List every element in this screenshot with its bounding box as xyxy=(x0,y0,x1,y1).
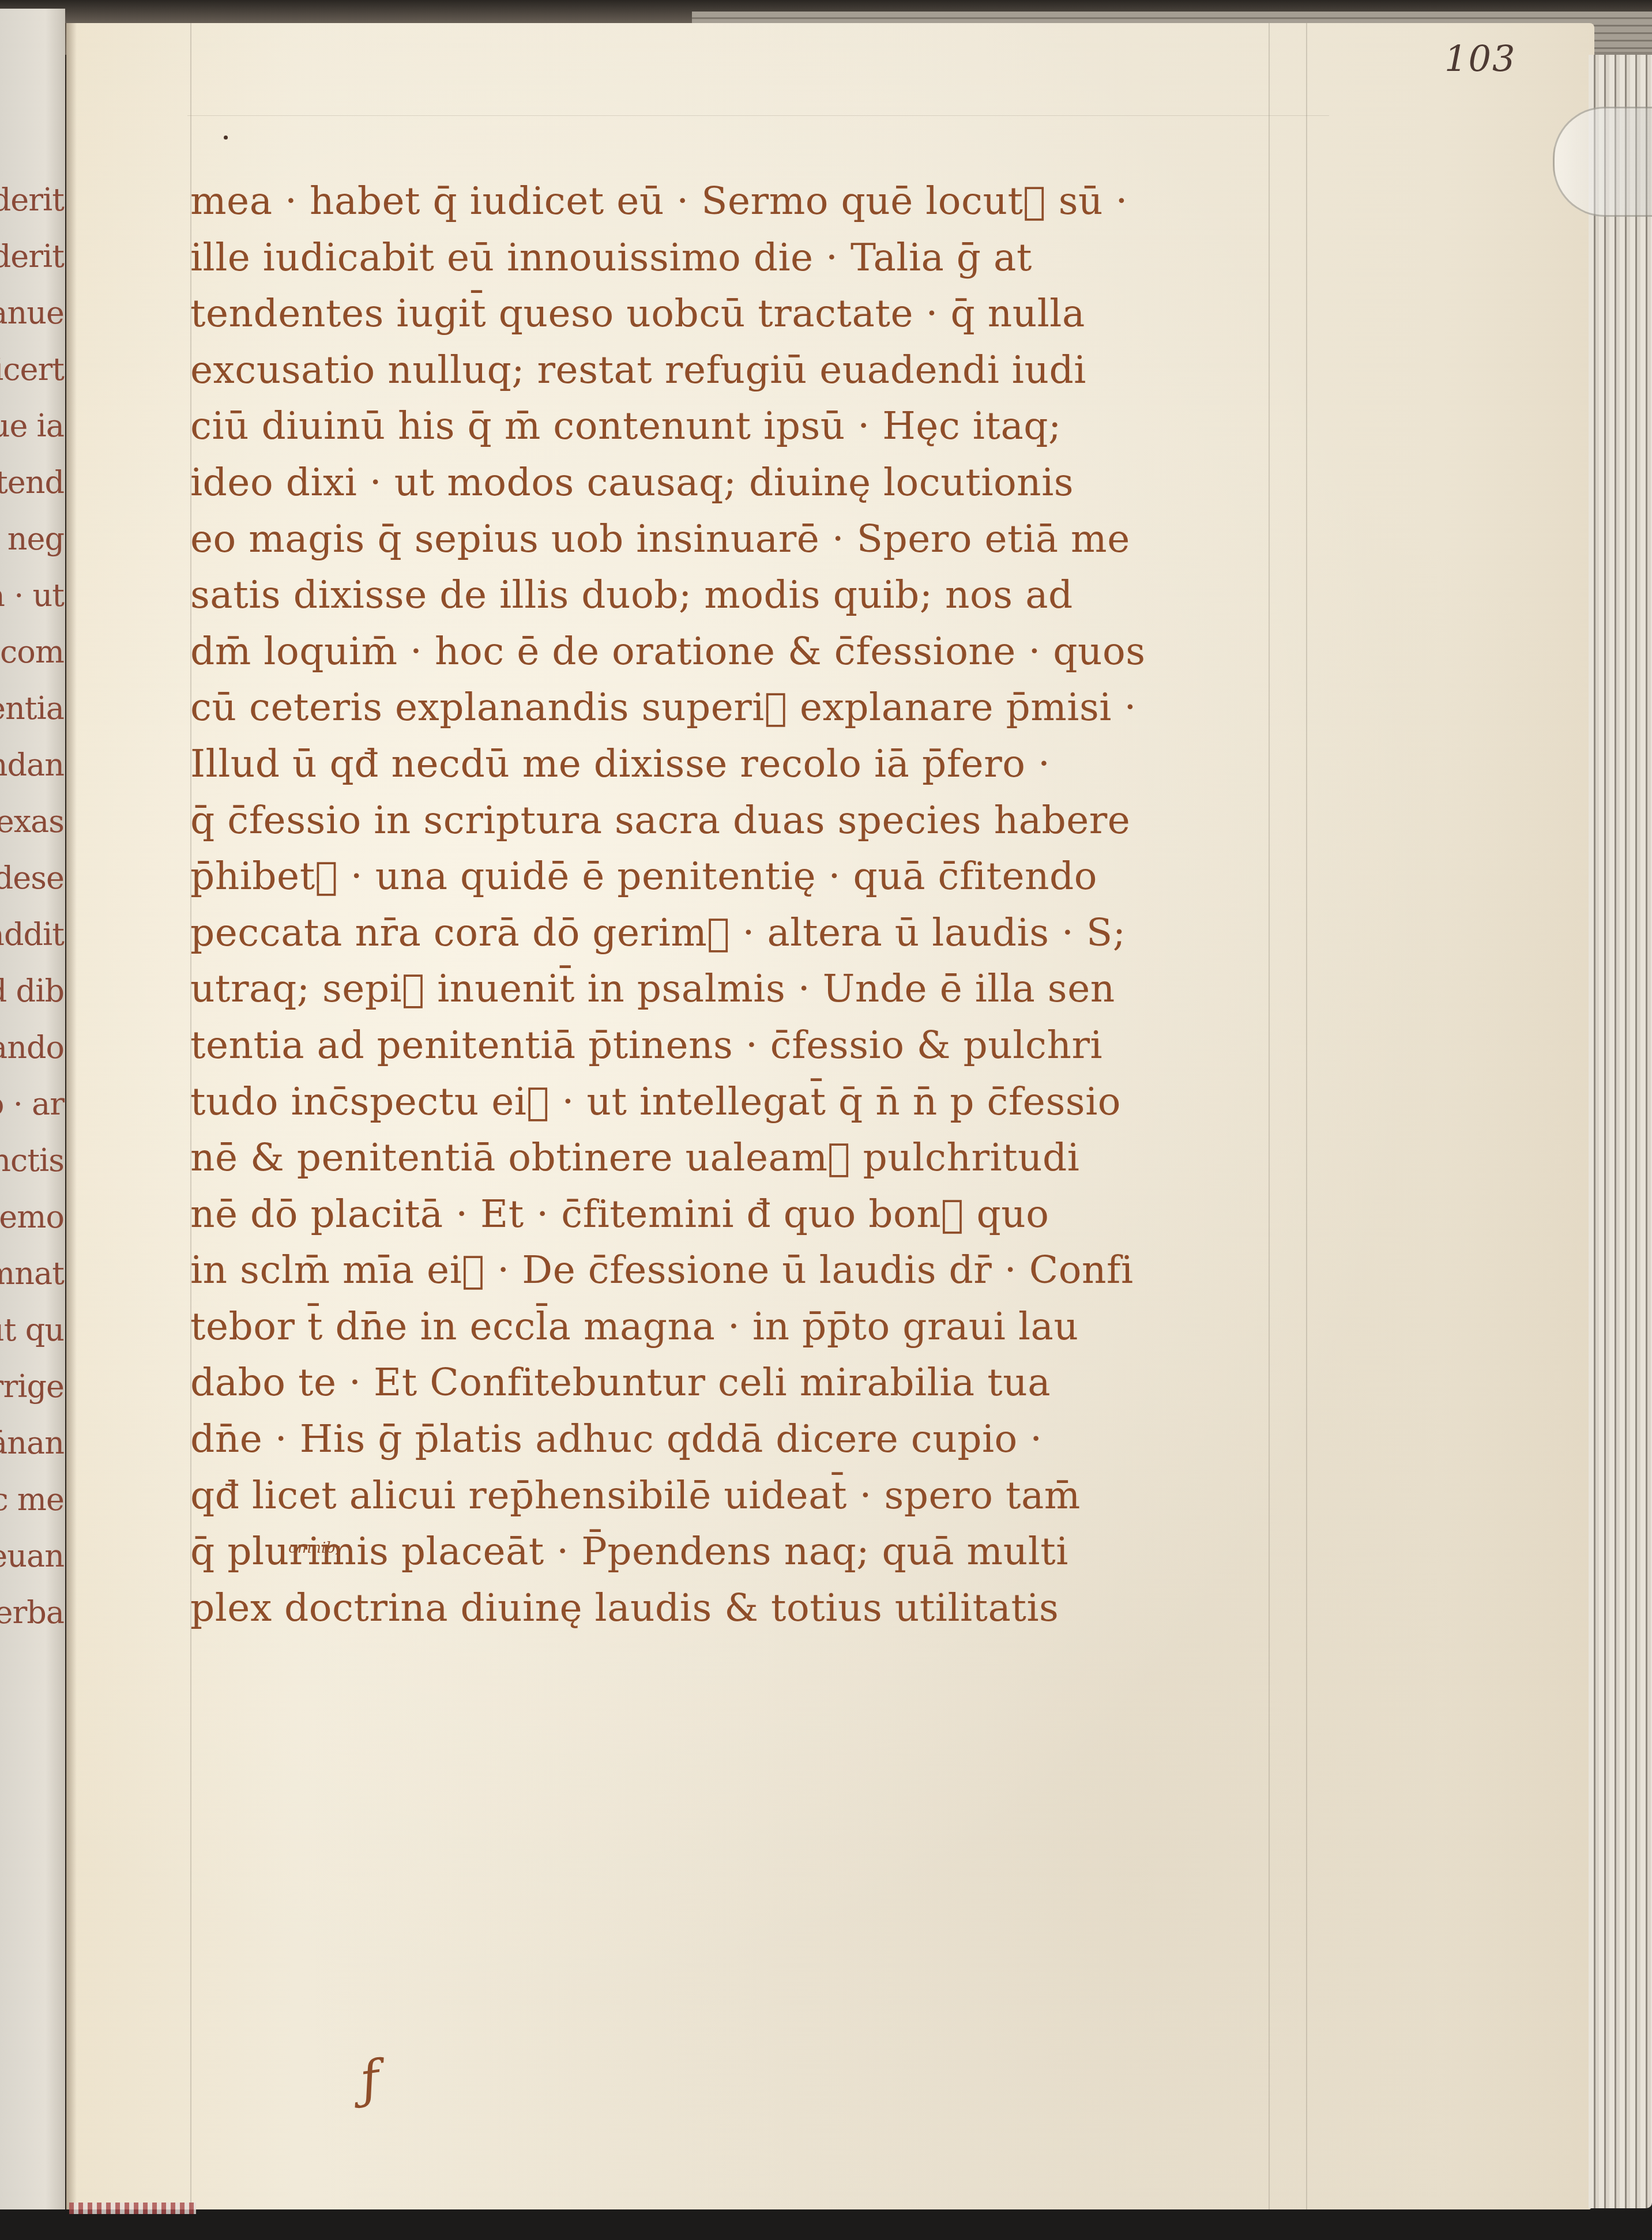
text-line: eo magis q̄ sepius uob insinuarē · Spero… xyxy=(190,511,1286,567)
text-line: ille iudicabit eū innouissimo die · Tali… xyxy=(190,229,1286,286)
text-line: nē & penitentiā obtinere ualeam᷒ pulchri… xyxy=(190,1130,1286,1186)
text-line: Illud ū qđ necdū me dixisse recolo iā p̄… xyxy=(190,736,1286,792)
left-fragment-line: dicert xyxy=(0,351,64,387)
text-line: utraq; sepi᷒ inuenit̄ in psalmis · Unde … xyxy=(190,961,1286,1017)
left-fragment-line: s amo · ar xyxy=(0,1086,64,1122)
text-line: dn̄e · His ḡ p̄latis adhuc qddā dicere c… xyxy=(190,1411,1286,1467)
headband xyxy=(69,2203,196,2214)
left-fragment-line: ut uerba xyxy=(0,1594,64,1631)
left-fragment-line: se exas xyxy=(0,803,64,839)
left-fragment-line: lens neg xyxy=(0,521,64,557)
left-fragment-line: e dānan xyxy=(0,1425,64,1461)
facing-page-left-fragment: diderit rediderit oranue dicert que ia o… xyxy=(0,9,65,2217)
text-line: tudo inc̄spectu ei᷒ · ut intellegat̄ q̄ … xyxy=(190,1074,1286,1130)
text-line: mea · habet q̄ iudicet eū · Sermo quē lo… xyxy=(190,173,1286,229)
ruling-line-vertical xyxy=(1306,23,1307,2211)
left-fragment-line: demnat xyxy=(0,1255,64,1292)
page-edges-stack xyxy=(1589,55,1652,2208)
left-fragment-line: liquando xyxy=(0,1029,64,1066)
left-fragment-line: ut nemo xyxy=(0,1199,64,1235)
left-fragment-line: uis com xyxy=(0,634,64,670)
left-fragment-line: ea · ut xyxy=(0,577,64,613)
left-fragment-line: it qd dib xyxy=(0,973,64,1009)
manuscript-text-block: mea · habet q̄ iudicet eū · Sermo quē lo… xyxy=(190,173,1286,1636)
text-line: qđ licet alicui rep̄hensibilē uideat̄ · … xyxy=(190,1467,1286,1524)
left-fragment-line: diderit xyxy=(0,182,64,218)
text-line: cū ceteris explanandis superi᷒ explanare… xyxy=(190,679,1286,736)
text-line: tebor t̄ dn̄e in eccl̄a magna · in p̄p̄t… xyxy=(190,1298,1286,1355)
pricking-mark xyxy=(224,135,228,140)
left-fragment-line: corrige xyxy=(0,1368,64,1405)
left-fragment-line: nos dese xyxy=(0,860,64,896)
left-fragment-line: pec me xyxy=(0,1481,64,1518)
text-line: plex doctrina diuinę laudis & totius uti… xyxy=(190,1580,1286,1636)
text-line: dm̄ loquim̄ · hoc ē de oratione & c̄fess… xyxy=(190,623,1286,680)
background-bottom xyxy=(0,2209,1652,2240)
text-line: excusatio nulluq; restat refugiū euadend… xyxy=(190,342,1286,398)
page-clip xyxy=(1553,107,1652,217)
text-line: q̄ c̄fessio in scriptura sacra duas spec… xyxy=(190,792,1286,849)
text-line: tendentes iugit̄ queso uobcū tractate · … xyxy=(190,285,1286,342)
left-fragment-line: cunctis xyxy=(0,1142,64,1179)
ruling-line-horizontal xyxy=(187,115,1329,116)
text-line: satis dixisse de illis duob; modis quib;… xyxy=(190,567,1286,623)
text-line: p̄hibet᷒ · una quidē ē penitentię · quā … xyxy=(190,848,1286,905)
left-fragment-line: ostend xyxy=(0,464,64,500)
interlinear-gloss: omnib; xyxy=(288,1539,341,1557)
text-line: ideo dixi · ut modos causaq; diuinę locu… xyxy=(190,454,1286,511)
left-fragment-line: ttendan xyxy=(0,747,64,783)
left-fragment-line: oranue xyxy=(0,295,64,331)
left-fragment-line: que ia xyxy=(0,408,64,444)
text-line: ciū diuinū his q̄ m̄ contenunt ipsū · Hę… xyxy=(190,398,1286,454)
left-fragment-line: neuan xyxy=(0,1538,64,1574)
text-line: q̄ plurimis placeāt · P̄pendens naq; quā… xyxy=(190,1523,1286,1580)
text-line: dabo te · Et Confitebuntur celi mirabili… xyxy=(190,1354,1286,1411)
folio-number: 103 xyxy=(1444,37,1516,80)
left-fragment-line: us addit xyxy=(0,916,64,953)
left-fragment-line: rediderit xyxy=(0,238,64,274)
text-line: peccata nr̄a corā dō gerim᷒ · altera ū l… xyxy=(190,905,1286,961)
text-line: tentia ad penitentiā p̄tinens · c̄fessio… xyxy=(190,1017,1286,1074)
gutter-shadow xyxy=(65,23,77,2214)
text-line: in sclm̄ mīa ei᷒ · De c̄fessione ū laudi… xyxy=(190,1242,1286,1298)
left-fragment-line: i · ut qu xyxy=(0,1312,64,1348)
left-fragment-line: onentia xyxy=(0,690,64,726)
text-line: nē dō placitā · Et · c̄fitemini đ quo bo… xyxy=(190,1186,1286,1243)
